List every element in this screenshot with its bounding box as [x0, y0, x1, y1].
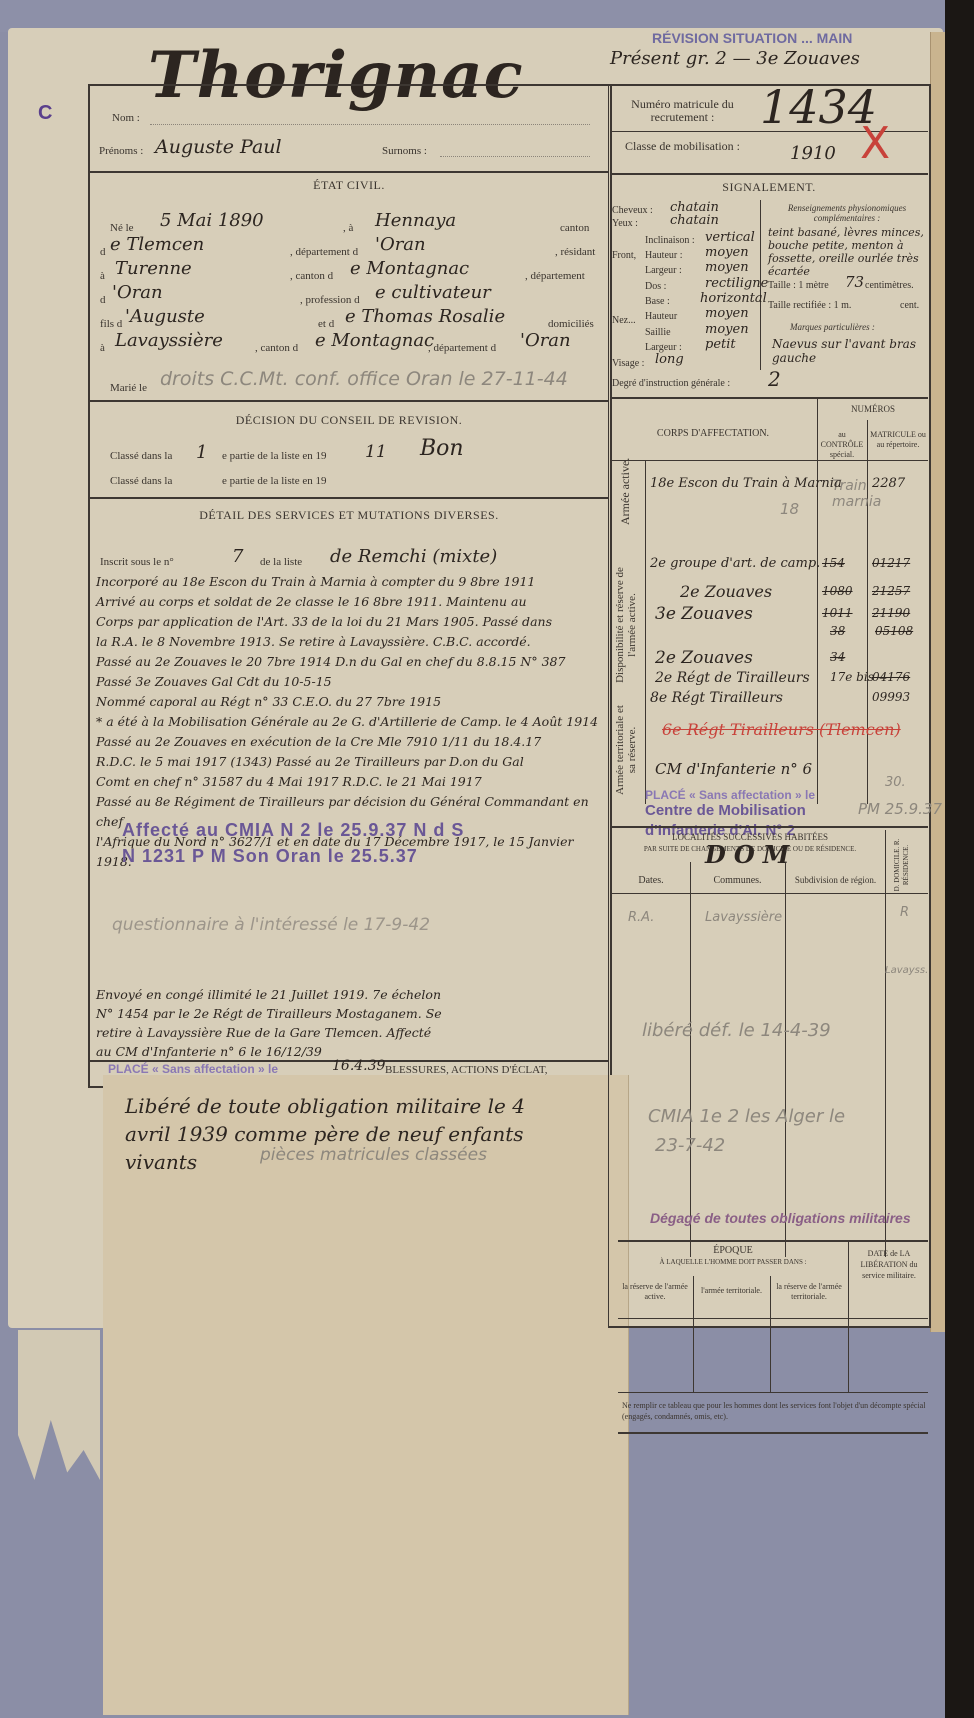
classe1-prefix: Classé dans la	[110, 450, 172, 462]
nez-hauteur-value: moyen	[705, 306, 749, 321]
corps-entry: 3e Zouaves	[655, 604, 753, 624]
controle-entry: 17e bis	[830, 670, 874, 684]
divider-vertical	[645, 460, 646, 804]
inscrit-num: 7	[232, 546, 243, 567]
inscrit-label: Inscrit sous le n°	[100, 556, 174, 568]
dos-value: rectiligne	[705, 276, 768, 291]
divider-vertical	[885, 830, 886, 1257]
matricule-entry: 21190	[872, 606, 910, 620]
corps-entry: 2e groupe d'art. de camp.	[650, 556, 820, 571]
profession-label: , profession d	[300, 294, 360, 306]
matricule-entry: 30.	[885, 775, 906, 790]
divider-vertical	[848, 1242, 849, 1392]
col-communes: Communes.	[690, 875, 785, 886]
corps-entry: 2e Zouaves	[655, 648, 753, 668]
matricule-entry: 01217	[872, 556, 910, 570]
parents-domicile: Lavayssière	[115, 330, 223, 351]
scan-background-right	[945, 0, 974, 1718]
pencil-pm-note: PM 25.9.37	[858, 800, 942, 818]
departement2-label: , département	[525, 270, 585, 282]
disponibilite-label: Disponibilité et réserve de l'armée acti…	[614, 550, 638, 700]
canton-prefix: d	[100, 246, 106, 258]
departement-label: , département d	[290, 246, 358, 258]
taille-label: Taille : 1 mètre	[768, 280, 829, 291]
largeur-value: moyen	[705, 260, 749, 275]
conseil-title: DÉCISION DU CONSEIL DE REVISION.	[90, 413, 608, 428]
divider	[610, 173, 928, 175]
renvoi-line: retire à Lavayssière Rue de la Gare Tlem…	[96, 1023, 608, 1042]
residence-commune: Turenne	[115, 258, 192, 279]
cent-label: cent.	[900, 300, 919, 311]
service-line: la R.A. le 8 Novembre 1913. Se retire à …	[96, 632, 608, 652]
corps-entry-struck: 6e Régt Tirailleurs (Tlemcen)	[662, 720, 901, 739]
nez-label: Nez...	[612, 315, 636, 326]
canton3-label: , canton d	[255, 342, 298, 354]
divider	[90, 171, 608, 173]
degre-label: Degré d'instruction générale :	[612, 378, 730, 389]
renvoi-lines: Envoyé en congé illimité le 21 Juillet 1…	[96, 985, 608, 1061]
matricule-entry: 05108	[875, 624, 913, 638]
divider	[610, 397, 928, 399]
visage-label: Visage :	[612, 358, 644, 369]
et-label: et d	[318, 318, 334, 330]
slip-pencil-note: pièces matricules classées	[260, 1145, 487, 1165]
nez-largeur-value: petit	[705, 337, 736, 352]
parents-departement: 'Oran	[520, 330, 571, 351]
taille-cm: 73	[845, 273, 864, 291]
liste-label: de la liste	[260, 556, 302, 568]
dept2-prefix: d	[100, 294, 106, 306]
matricule-entry: 09993	[872, 690, 910, 704]
classe1-num: 1	[196, 442, 207, 463]
liste-value: de Remchi (mixte)	[330, 546, 497, 567]
base-label: Base :	[645, 296, 670, 307]
top-note: Présent gr. 2 — 3e Zouaves	[610, 48, 860, 69]
canton-label: canton	[560, 222, 589, 234]
questionnaire-note: questionnaire à l'intéressé le 17-9-42	[112, 915, 430, 935]
renvoi-line: N° 1454 par le 2e Régt de Tirailleurs Mo…	[96, 1004, 608, 1023]
epoque-col1: la réserve de l'armée active.	[618, 1282, 692, 1302]
divider	[610, 460, 928, 461]
divider-vertical	[785, 862, 786, 1257]
corps-title: CORPS D'AFFECTATION.	[610, 428, 816, 439]
hauteur-value: moyen	[705, 245, 749, 260]
parents-canton: e Montagnac	[315, 330, 434, 351]
epoque-note: Ne remplir ce tableau que pour les homme…	[622, 1400, 926, 1422]
classe2-suffix: e partie de la liste en 19	[222, 475, 326, 487]
nez-hauteur-label: Hauteur	[645, 311, 677, 322]
saillie-value: moyen	[705, 322, 749, 337]
taille-rectifiee-label: Taille rectifiée : 1 m.	[768, 300, 851, 311]
corps-entry: 2e Régt de Tirailleurs	[655, 670, 810, 686]
controle-entry: 34	[830, 650, 845, 664]
marques-label: Marques particulières :	[790, 322, 875, 332]
degage-stamp: Dégagé de toutes obligations militaires	[650, 1210, 911, 1226]
birth-place: Hennaya	[375, 210, 456, 231]
divider	[90, 497, 608, 499]
service-line: Passé au 2e Zouaves le 20 7bre 1914 D.n …	[96, 652, 608, 672]
service-line: Nommé caporal au Régt n° 33 C.E.O. du 27…	[96, 692, 608, 712]
numeros-label: NUMÉROS	[818, 404, 928, 414]
epoque-title: ÉPOQUE	[618, 1245, 848, 1256]
controle-entry: 1080	[822, 584, 853, 598]
classe2-prefix: Classé dans la	[110, 475, 172, 487]
epoque-subtitle: À LAQUELLE L'HOMME DOIT PASSER DANS :	[618, 1258, 848, 1266]
divider	[90, 400, 608, 402]
saillie-label: Saillie	[645, 327, 671, 338]
divider	[612, 893, 928, 894]
localite-date: R.A.	[628, 910, 654, 925]
residence-departement: 'Oran	[112, 282, 163, 303]
revision-stamp: RÉVISION SITUATION ... MAIN	[652, 30, 852, 46]
matricule-entry: 21257	[872, 584, 910, 598]
renseignements-value: teint basané, lèvres minces, bouche peti…	[768, 226, 926, 278]
liberation-pencil-note: libéré déf. le 14-4-39	[642, 1020, 831, 1041]
yeux-label: Yeux :	[612, 218, 638, 229]
divider	[610, 826, 928, 828]
cmia-stamp-line2: N 1231 P M Son Oran le 25.5.37	[122, 846, 418, 867]
domicilies-label: domiciliés	[548, 318, 594, 330]
epoque-col3: la réserve de l'armée territoriale.	[771, 1282, 847, 1302]
etat-civil-title: ÉTAT CIVIL.	[90, 178, 608, 193]
controle-entry: 38	[830, 624, 845, 638]
corps-entry: 2e Zouaves	[680, 582, 772, 601]
classe1-decision: Bon	[420, 436, 464, 461]
controle-entry: 154	[822, 556, 845, 570]
dom-mark: DOM	[705, 840, 797, 869]
birth-canton: e Tlemcen	[110, 234, 204, 255]
controle-label: au CONTRÔLE spécial.	[818, 430, 866, 460]
service-line: Passé au 2e Zouaves en exécution de la C…	[96, 732, 608, 752]
controle-entry: 1011	[822, 606, 853, 620]
red-cross-mark: X	[860, 118, 890, 169]
epoque-col2: l'armée territoriale.	[694, 1286, 769, 1296]
front-label: Front,	[612, 250, 636, 261]
divider	[618, 1432, 928, 1434]
largeur-label: Largeur :	[645, 265, 682, 276]
armee-active-label: Armée active.	[618, 465, 633, 525]
renseignements-label: Renseignements physionomiques complément…	[768, 203, 926, 223]
liberation-date-header: DATE de LA LIBÉRATION du service militai…	[850, 1248, 928, 1281]
mother-name: e Thomas Rosalie	[345, 306, 505, 327]
localite-dr: R	[900, 905, 909, 920]
degre-value: 2	[768, 367, 781, 391]
birth-date: 5 Mai 1890	[160, 210, 264, 231]
slip-line: avril 1939 comme père de neuf enfants	[125, 1120, 525, 1148]
marie-label: Marié le	[110, 382, 147, 394]
services-title: DÉTAIL DES SERVICES ET MUTATIONS DIVERSE…	[90, 508, 608, 523]
service-line: Corps par application de l'Art. 33 de la…	[96, 612, 608, 632]
cmia-pencil-date: 23-7-42	[655, 1135, 725, 1156]
slip-line: Libéré de toute obligation militaire le …	[125, 1092, 525, 1120]
classe1-suffix: e partie de la liste en 19	[222, 450, 326, 462]
inclinaison-value: vertical	[705, 230, 755, 245]
service-line: Arrivé au corps et soldat de 2e classe l…	[96, 592, 608, 612]
profession-value: e cultivateur	[375, 282, 491, 303]
fils-label: fils d	[100, 318, 122, 330]
col-domicile-residence: D. DOMICILE. R. RÉSIDENCE.	[893, 835, 911, 895]
divider	[618, 1392, 928, 1393]
residant-prefix: à	[100, 270, 105, 282]
classe-label: Classe de mobilisation :	[615, 140, 750, 153]
corps-entry: 18e Escon du Train à Marnia	[650, 476, 842, 491]
service-line: * a été à la Mobilisation Générale au 2e…	[96, 712, 608, 732]
centimetres-label: centimètres.	[865, 280, 914, 291]
localite-side-note: Lavayss.	[885, 965, 928, 976]
service-line: Comt en chef n° 31587 du 4 Mai 1917 R.D.…	[96, 772, 608, 792]
divider	[618, 1240, 928, 1242]
renvoi-line: Envoyé en congé illimité le 21 Juillet 1…	[96, 985, 608, 1004]
localite-commune: Lavayssière	[705, 910, 782, 925]
marriage-note: droits C.C.Mt. conf. office Oran le 27-1…	[160, 368, 568, 390]
classe-value: 1910	[790, 143, 836, 164]
torn-paper-strip	[18, 1330, 100, 1480]
classe1-year: 11	[365, 442, 387, 462]
centre-stamp-line1: Centre de Mobilisation	[645, 802, 806, 819]
service-line: Passé 3e Zouaves Gal Cdt du 10-5-15	[96, 672, 608, 692]
yeux-value: chatain	[670, 213, 719, 228]
ne-le-label: Né le	[110, 222, 134, 234]
col-dates: Dates.	[612, 875, 690, 886]
cmia-stamp-line1: Affecté au CMIA N 2 le 25.9.37 N d S	[122, 820, 464, 841]
canton2-label: , canton d	[290, 270, 333, 282]
departement3-label: , département d	[428, 342, 496, 354]
base-value: horizontal	[700, 291, 767, 306]
visage-value: long	[655, 352, 684, 367]
service-line: Incorporé au 18e Escon du Train à Marnia…	[96, 572, 608, 592]
territoriale-label: Armée territoriale et sa réserve.	[614, 700, 638, 800]
a-label: , à	[343, 222, 353, 234]
signalement-title: SIGNALEMENT.	[610, 180, 928, 195]
domicile-prefix: à	[100, 342, 105, 354]
matricule-col-label: MATRICULE ou au répertoire.	[868, 430, 928, 450]
birth-departement: 'Oran	[375, 234, 426, 255]
residant-label: , résidant	[555, 246, 595, 258]
corps-entry: CM d'Infanterie n° 6	[655, 760, 812, 778]
cheveux-label: Cheveux :	[612, 205, 653, 216]
margin-mark: C	[38, 102, 52, 125]
divider-vertical	[690, 862, 691, 1257]
divider	[618, 1318, 928, 1319]
father-name: 'Auguste	[125, 306, 205, 327]
inclinaison-label: Inclinaison :	[645, 235, 695, 246]
marques-value: Naevus sur l'avant bras gauche	[772, 337, 927, 365]
matricule-entry: 2287	[872, 476, 905, 491]
matricule-label: Numéro matricule du recrutement :	[615, 98, 750, 124]
corps-entry: 18	[780, 500, 799, 518]
corps-entry: 8e Régt Tirailleurs	[650, 690, 783, 706]
cmia-pencil-note: CMIA 1e 2 les Alger le	[648, 1106, 845, 1127]
residence-canton: e Montagnac	[350, 258, 469, 279]
placed-date: 16.4.39	[332, 1058, 385, 1074]
col-subdivision: Subdivision de région.	[786, 875, 885, 885]
placed-stamp-right: PLACÉ « Sans affectation » le	[645, 788, 815, 802]
hauteur-label: Hauteur :	[645, 250, 683, 261]
matricule-entry: 04176	[872, 670, 910, 684]
service-line: R.D.C. le 5 mai 1917 (1343) Passé au 2e …	[96, 752, 608, 772]
dos-label: Dos :	[645, 281, 666, 292]
